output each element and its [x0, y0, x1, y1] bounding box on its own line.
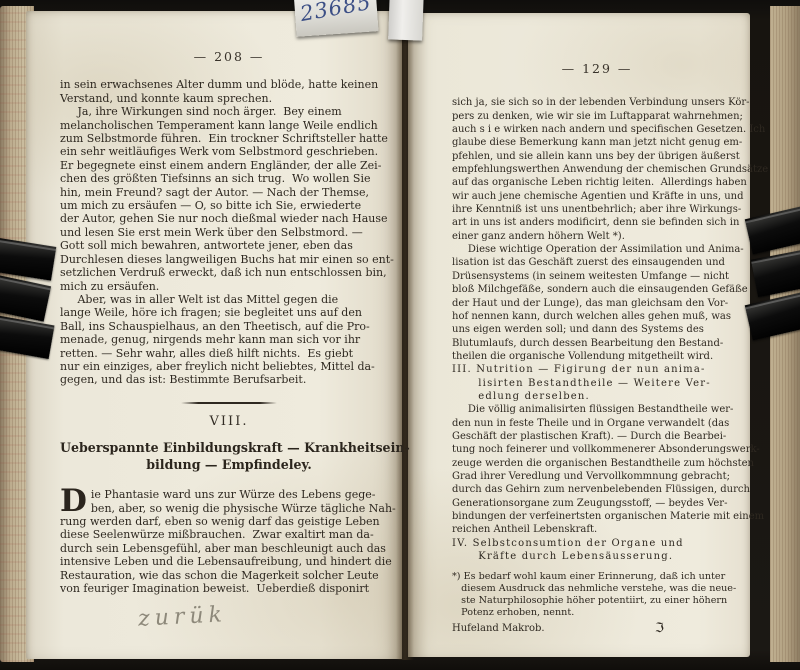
section-number: VIII. [60, 415, 398, 428]
paragraph-lines: ie Phantasie ward uns zur Würze des Lebe… [60, 488, 396, 595]
left-page-number: — 208 — [60, 50, 398, 63]
right-page-body: sich ja, sie sich so in der lebenden Ver… [452, 96, 742, 363]
chapter-heading: Ueberspannte Einbildungskraft — Krankhei… [60, 439, 398, 473]
left-page-paragraph: Die Phantasie ward uns zur Würze des Leb… [60, 488, 398, 595]
binder-clip-right-2 [751, 249, 800, 297]
book-scan: — 208 — in sein erwachsenes Alter dumm u… [0, 0, 800, 670]
gutter-shadow [396, 8, 414, 660]
signature-mark: ℑ [655, 622, 664, 635]
footnote: *) Es bedarf wohl kaum einer Erinnerung,… [452, 571, 742, 619]
catalog-number: 23685 [293, 0, 378, 27]
left-page-body: in sein erwachsenes Alter dumm und blöde… [60, 78, 398, 386]
catalog-slip: 23685 [293, 0, 378, 37]
drop-cap: D [60, 488, 91, 514]
section-iii-heading: III. Nutrition — Figirung der nun anima-… [452, 363, 742, 403]
running-title: Hufeland Makrob. [452, 622, 545, 635]
right-page-text: — 129 — sich ja, sie sich so in der lebe… [452, 62, 742, 636]
right-page-number: — 129 — [452, 62, 742, 75]
page-footer: Hufeland Makrob. ℑ [452, 622, 742, 635]
section-iv-heading: IV. Selbstconsumtion der Organe und Kräf… [452, 537, 742, 564]
section-divider-rule [181, 402, 277, 404]
left-page-text: — 208 — in sein erwachsenes Alter dumm u… [60, 50, 398, 620]
bookmark-slip [388, 0, 424, 41]
right-page-paragraph: Die völlig animalisirten flüssigen Besta… [452, 403, 742, 536]
